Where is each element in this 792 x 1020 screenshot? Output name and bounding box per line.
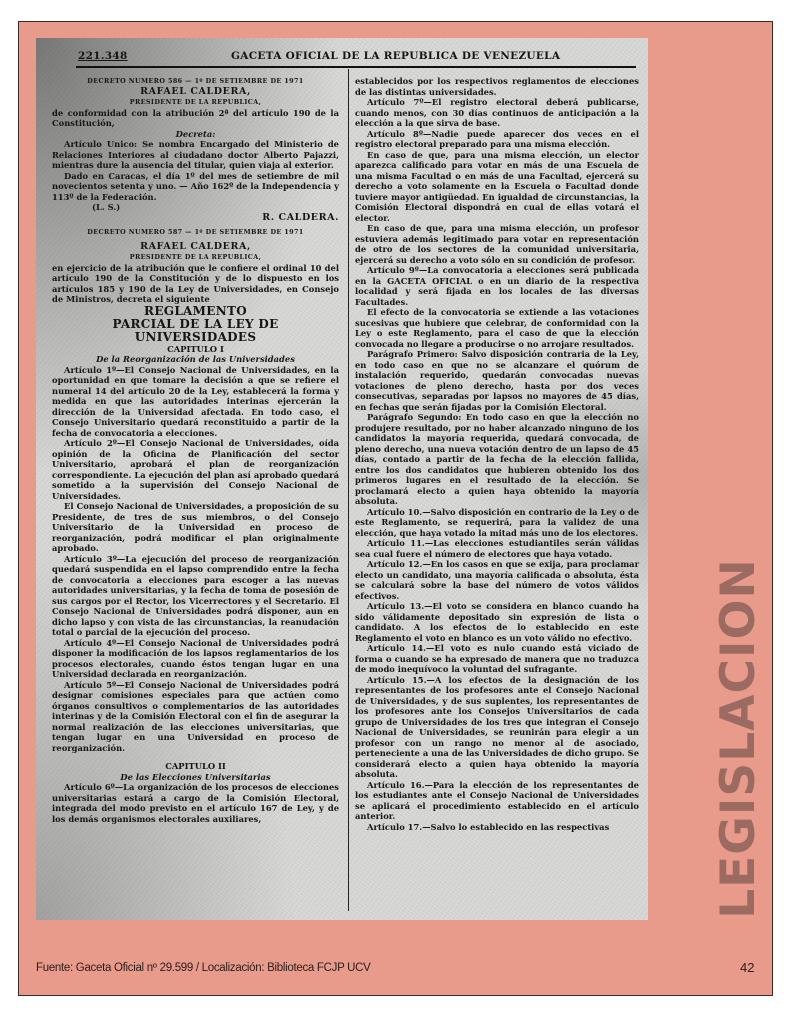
column-divider bbox=[348, 69, 349, 911]
article-16: Artículo 16.—Para la elección de los rep… bbox=[355, 780, 639, 822]
reglamento-title-2: PARCIAL DE LA LEY DE UNIVERSIDADES bbox=[52, 318, 339, 344]
decree1-signature: R. CALDERA. bbox=[52, 213, 339, 224]
article-5: Artículo 5º—El Consejo Nacional de Unive… bbox=[52, 680, 339, 754]
gazette-header: 221.348 GACETA OFICIAL DE LA REPUBLICA D… bbox=[76, 50, 636, 68]
article-8-paragraph-2: En caso de que, para una misma elección,… bbox=[355, 150, 639, 224]
decree1-signer-title: PRESIDENTE DE LA REPUBLICA, bbox=[52, 97, 339, 108]
decree2-signer: RAFAEL CALDERA, bbox=[52, 242, 339, 253]
article-8-paragraph-3: En caso de que, para una misma elección,… bbox=[355, 223, 639, 265]
article-12: Artículo 12.—En los casos en que se exij… bbox=[355, 559, 639, 601]
left-column: DECRETO NUMERO 586 — 1º DE SETIEMBRE DE … bbox=[52, 76, 339, 824]
article-2-paragraph-2: El Consejo Nacional de Universidades, a … bbox=[52, 501, 339, 554]
gazette-scan: 221.348 GACETA OFICIAL DE LA REPUBLICA D… bbox=[36, 38, 648, 920]
article-4: Artículo 4º—El Consejo Nacional de Unive… bbox=[52, 638, 339, 680]
article-15: Artículo 15.—A los efectos de la designa… bbox=[355, 675, 639, 780]
decree2-header: DECRETO NUMERO 587 — 1º DE SETIEMBRE DE … bbox=[52, 227, 339, 238]
gazette-page-number: 221.348 bbox=[78, 50, 128, 62]
decree2-signer-title: PRESIDENTE DE LA REPUBLICA, bbox=[52, 252, 339, 263]
decree1-header: DECRETO NUMERO 586 — 1º DE SETIEMBRE DE … bbox=[52, 76, 339, 87]
article-2: Artículo 2º—El Consejo Nacional de Unive… bbox=[52, 438, 339, 501]
decree1-preamble: de conformidad con la atribución 2ª del … bbox=[52, 108, 339, 129]
chapter1-subtitle: De la Reorganización de las Universidade… bbox=[52, 354, 339, 365]
article-7: Artículo 7º—El registro electoral deberá… bbox=[355, 97, 639, 129]
article-6-continued: establecidos por los respectivos reglame… bbox=[355, 76, 639, 97]
footer-source: Fuente: Gaceta Oficial nº 29.599 / Local… bbox=[36, 962, 371, 974]
paragrafo-primero: Parágrafo Primero: Salvo disposición con… bbox=[355, 349, 639, 412]
section-title-text: LEGISLACION bbox=[711, 558, 766, 919]
article-11: Artículo 11.—Las elecciones estudiantile… bbox=[355, 538, 639, 559]
section-title: LEGISLACION bbox=[716, 556, 760, 920]
article-14: Artículo 14.—El voto es nulo cuando está… bbox=[355, 643, 639, 675]
decree1-article: Artículo Unico: Se nombra Encargado del … bbox=[52, 139, 339, 171]
reglamento-title-1: REGLAMENTO bbox=[52, 305, 339, 318]
article-9: Artículo 9º—La convocatoria a elecciones… bbox=[355, 265, 639, 307]
decree1-signer: RAFAEL CALDERA, bbox=[52, 87, 339, 98]
decree2-preamble: en ejercicio de la atribución que le con… bbox=[52, 263, 339, 305]
chapter2-subtitle: De las Elecciones Universitarias bbox=[52, 772, 339, 783]
decree1-ls: (L. S.) bbox=[52, 202, 339, 213]
article-13: Artículo 13.—El voto se considera en bla… bbox=[355, 601, 639, 643]
decree1-dado: Dado en Caracas, el día 1º del mes de se… bbox=[52, 171, 339, 203]
chapter2-title: CAPITULO II bbox=[52, 761, 339, 772]
article-8: Artículo 8º—Nadie puede aparecer dos vec… bbox=[355, 129, 639, 150]
article-3: Artículo 3º—La ejecución del proceso de … bbox=[52, 554, 339, 638]
gazette-title: GACETA OFICIAL DE LA REPUBLICA DE VENEZU… bbox=[231, 50, 560, 62]
page-number: 42 bbox=[740, 960, 754, 975]
article-1: Artículo 1º—El Consejo Nacional de Unive… bbox=[52, 365, 339, 439]
article-9-paragraph-2: El efecto de la convocatoria se extiende… bbox=[355, 307, 639, 349]
article-10: Artículo 10.—Salvo disposición en contra… bbox=[355, 507, 639, 539]
article-6: Artículo 6º—La organización de los proce… bbox=[52, 782, 339, 824]
article-17: Artículo 17.—Salvo lo establecido en las… bbox=[355, 822, 639, 833]
paragrafo-segundo: Parágrafo Segundo: En todo caso en que l… bbox=[355, 412, 639, 507]
right-column: establecidos por los respectivos reglame… bbox=[355, 76, 639, 832]
chapter1-title: CAPITULO I bbox=[52, 344, 339, 355]
decree1-decreta: Decreta: bbox=[52, 129, 339, 140]
